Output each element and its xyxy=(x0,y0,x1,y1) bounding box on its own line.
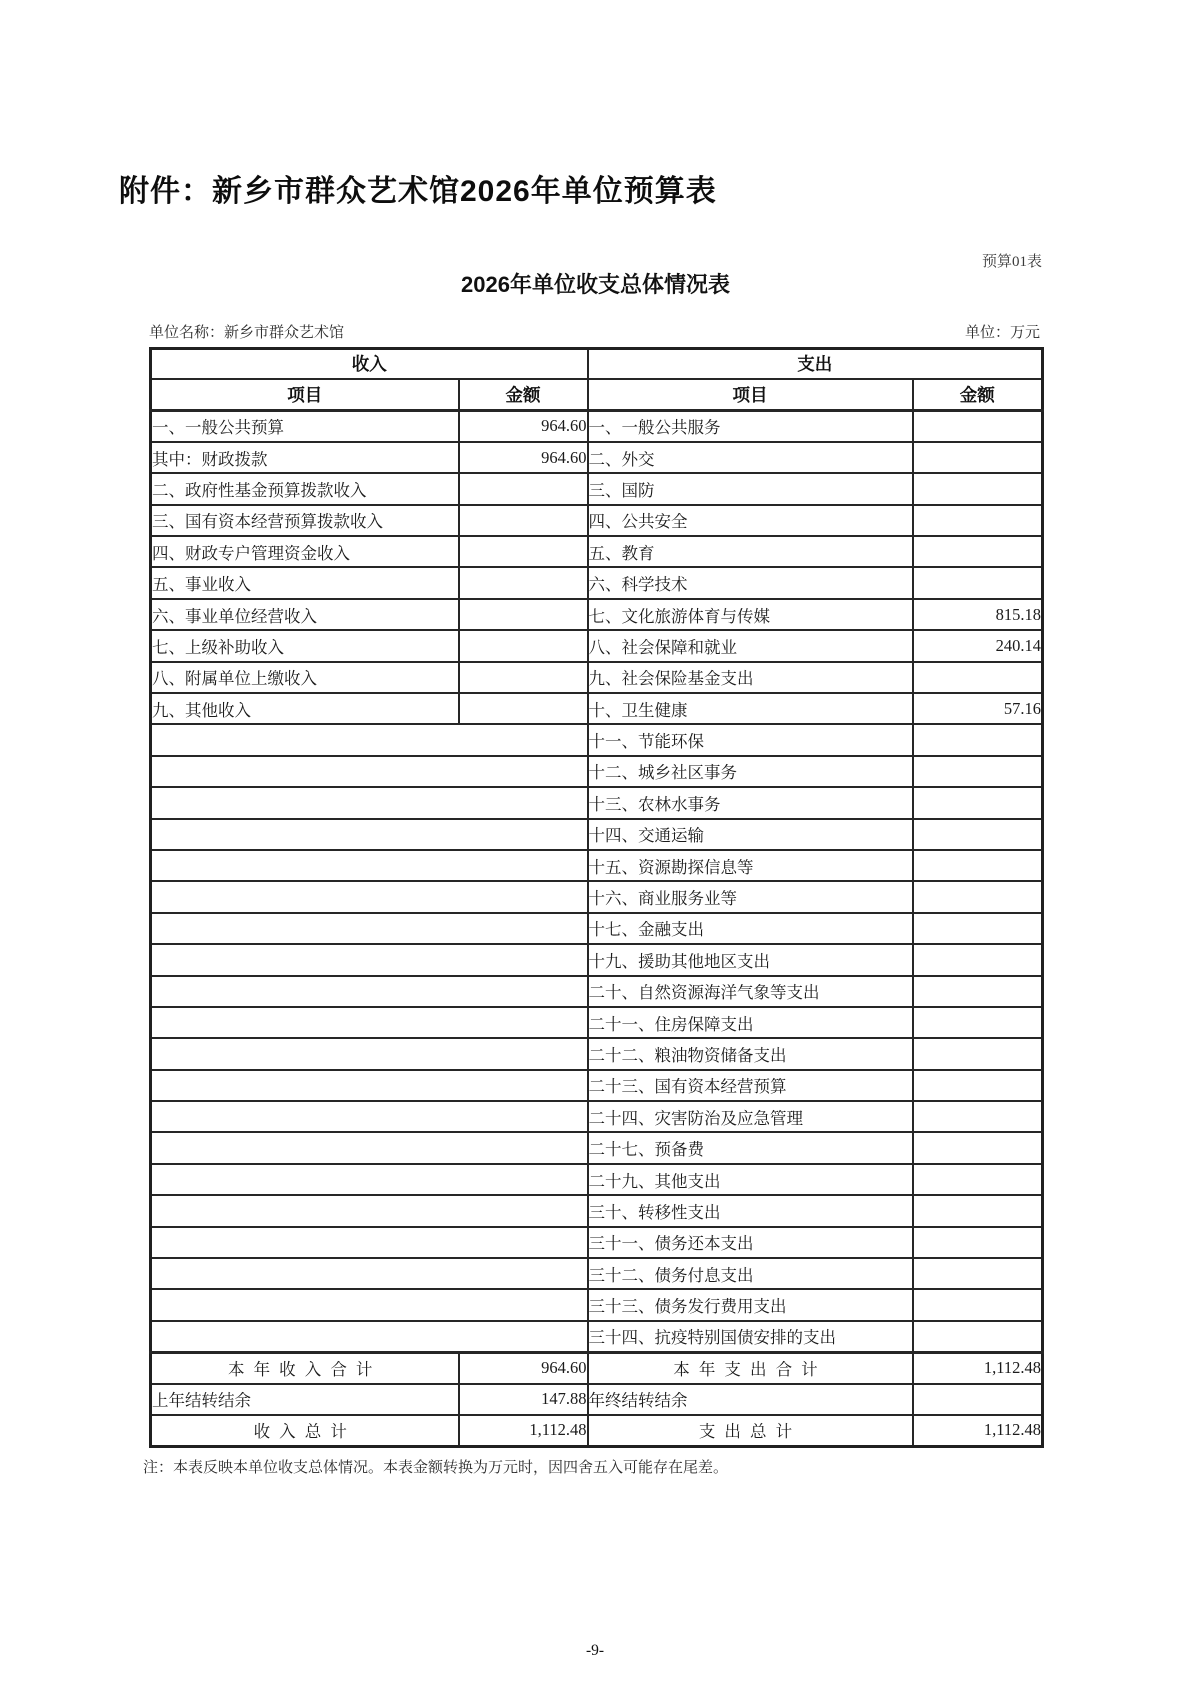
expense-amount-cell xyxy=(913,536,1043,567)
table-row: 三十三、债务发行费用支出 xyxy=(151,1289,1043,1320)
income-empty-cell xyxy=(151,724,588,755)
expense-item-cell: 三十四、抗疫特别国债安排的支出 xyxy=(588,1321,913,1352)
expense-amount-column-header: 金额 xyxy=(913,379,1043,411)
table-row: 十二、城乡社区事务 xyxy=(151,756,1043,787)
income-amount-cell xyxy=(459,693,588,724)
income-empty-cell xyxy=(151,1321,588,1352)
income-empty-cell xyxy=(151,1070,588,1101)
income-empty-cell xyxy=(151,1289,588,1320)
table-row: 十一、节能环保 xyxy=(151,724,1043,755)
expense-amount-cell xyxy=(913,1195,1043,1226)
table-row: 二十二、粮油物资储备支出 xyxy=(151,1038,1043,1069)
expense-item-cell: 九、社会保险基金支出 xyxy=(588,662,913,693)
income-item-cell: 三、国有资本经营预算拨款收入 xyxy=(151,505,459,536)
expense-amount-cell xyxy=(913,1321,1043,1352)
income-empty-cell xyxy=(151,1258,588,1289)
table-row: 六、事业单位经营收入七、文化旅游体育与传媒815.18 xyxy=(151,599,1043,630)
expense-amount-cell xyxy=(913,662,1043,693)
expense-item-cell: 二十四、灾害防治及应急管理 xyxy=(588,1101,913,1132)
table-row: 二十七、预备费 xyxy=(151,1132,1043,1163)
expense-amount-cell xyxy=(913,1132,1043,1163)
table-row: 二、政府性基金预算拨款收入三、国防 xyxy=(151,473,1043,504)
expense-item-cell: 十二、城乡社区事务 xyxy=(588,756,913,787)
attachment-title: 附件：新乡市群众艺术馆2026年单位预算表 xyxy=(119,166,717,210)
expense-item-cell: 十七、金融支出 xyxy=(588,913,913,944)
expense-amount-cell xyxy=(913,1101,1043,1132)
table-row: 十五、资源勘探信息等 xyxy=(151,850,1043,881)
expense-section-header: 支出 xyxy=(588,349,1043,379)
table-row: 七、上级补助收入八、社会保障和就业240.14 xyxy=(151,630,1043,661)
expense-amount-cell xyxy=(913,850,1043,881)
income-empty-cell xyxy=(151,1227,588,1258)
income-amount-cell xyxy=(459,630,588,661)
expense-item-cell: 二十九、其他支出 xyxy=(588,1164,913,1195)
expense-total-label-cell: 支出总计 xyxy=(588,1415,913,1446)
expense-amount-cell: 240.14 xyxy=(913,630,1043,661)
income-amount-cell xyxy=(459,536,588,567)
expense-amount-cell xyxy=(913,881,1043,912)
expense-item-cell: 八、社会保障和就业 xyxy=(588,630,913,661)
expense-amount-cell xyxy=(913,944,1043,975)
income-item-cell: 九、其他收入 xyxy=(151,693,459,724)
table-total-row: 本年收入合计964.60本年支出合计1,112.48 xyxy=(151,1352,1043,1383)
expense-amount-cell xyxy=(913,473,1043,504)
expense-item-cell: 十一、节能环保 xyxy=(588,724,913,755)
expense-item-cell: 十三、农林水事务 xyxy=(588,787,913,818)
table-row: 三十二、债务付息支出 xyxy=(151,1258,1043,1289)
expense-amount-cell xyxy=(913,819,1043,850)
table-title: 2026年单位收支总体情况表 xyxy=(149,268,1042,299)
expense-item-cell: 二十三、国有资本经营预算 xyxy=(588,1070,913,1101)
expense-amount-cell xyxy=(913,505,1043,536)
table-row: 二十一、住房保障支出 xyxy=(151,1007,1043,1038)
income-empty-cell xyxy=(151,850,588,881)
expense-item-cell: 四、公共安全 xyxy=(588,505,913,536)
expense-amount-cell xyxy=(913,976,1043,1007)
income-empty-cell xyxy=(151,944,588,975)
income-total-amount-cell: 964.60 xyxy=(459,1352,588,1383)
unit-currency-label: 单位：万元 xyxy=(965,321,1040,342)
table-row: 十六、商业服务业等 xyxy=(151,881,1043,912)
income-amount-cell: 964.60 xyxy=(459,411,588,442)
income-empty-cell xyxy=(151,1132,588,1163)
expense-item-cell: 二十、自然资源海洋气象等支出 xyxy=(588,976,913,1007)
income-empty-cell xyxy=(151,1164,588,1195)
income-item-cell: 五、事业收入 xyxy=(151,567,459,598)
column-header-row: 项目 金额 项目 金额 xyxy=(151,379,1043,411)
table-row: 三十一、债务还本支出 xyxy=(151,1227,1043,1258)
table-row: 九、其他收入十、卫生健康57.16 xyxy=(151,693,1043,724)
table-row: 三十四、抗疫特别国债安排的支出 xyxy=(151,1321,1043,1352)
income-amount-cell xyxy=(459,473,588,504)
expense-item-cell: 三十二、债务付息支出 xyxy=(588,1258,913,1289)
expense-amount-cell xyxy=(913,1070,1043,1101)
income-empty-cell xyxy=(151,1038,588,1069)
table-row: 三十、转移性支出 xyxy=(151,1195,1043,1226)
table-row: 三、国有资本经营预算拨款收入四、公共安全 xyxy=(151,505,1043,536)
table-row: 十九、援助其他地区支出 xyxy=(151,944,1043,975)
income-total-label-cell: 收入总计 xyxy=(151,1415,459,1446)
expense-item-cell: 二十七、预备费 xyxy=(588,1132,913,1163)
budget-summary-table: 收入 支出 项目 金额 项目 金额 一、一般公共预算964.60一、一般公共服务… xyxy=(149,347,1044,1448)
table-row: 二十三、国有资本经营预算 xyxy=(151,1070,1043,1101)
table-row: 其中：财政拨款964.60二、外交 xyxy=(151,442,1043,473)
income-item-cell: 二、政府性基金预算拨款收入 xyxy=(151,473,459,504)
expense-item-cell: 二十一、住房保障支出 xyxy=(588,1007,913,1038)
expense-item-cell: 三十三、债务发行费用支出 xyxy=(588,1289,913,1320)
expense-total-amount-cell: 1,112.48 xyxy=(913,1415,1043,1446)
expense-item-cell: 三、国防 xyxy=(588,473,913,504)
table-row: 二十、自然资源海洋气象等支出 xyxy=(151,976,1043,1007)
expense-item-cell: 十四、交通运输 xyxy=(588,819,913,850)
expense-amount-cell xyxy=(913,1164,1043,1195)
expense-item-cell: 十九、援助其他地区支出 xyxy=(588,944,913,975)
expense-amount-cell xyxy=(913,1007,1043,1038)
expense-item-cell: 六、科学技术 xyxy=(588,567,913,598)
expense-amount-cell xyxy=(913,1258,1043,1289)
table-row: 五、事业收入六、科学技术 xyxy=(151,567,1043,598)
income-amount-cell: 964.60 xyxy=(459,442,588,473)
income-item-cell: 八、附属单位上缴收入 xyxy=(151,662,459,693)
table-row: 二十九、其他支出 xyxy=(151,1164,1043,1195)
table-note: 注：本表反映本单位收支总体情况。本表金额转换为万元时，因四舍五入可能存在尾差。 xyxy=(143,1456,1043,1477)
income-total-amount-cell: 1,112.48 xyxy=(459,1415,588,1446)
expense-amount-cell xyxy=(913,913,1043,944)
expense-amount-cell xyxy=(913,567,1043,598)
income-item-cell: 一、一般公共预算 xyxy=(151,411,459,442)
expense-total-amount-cell: 1,112.48 xyxy=(913,1352,1043,1383)
income-item-column-header: 项目 xyxy=(151,379,459,411)
expense-item-cell: 二十二、粮油物资储备支出 xyxy=(588,1038,913,1069)
expense-item-cell: 三十一、债务还本支出 xyxy=(588,1227,913,1258)
income-total-label-cell: 上年结转结余 xyxy=(151,1384,459,1415)
income-item-cell: 七、上级补助收入 xyxy=(151,630,459,661)
table-row: 十七、金融支出 xyxy=(151,913,1043,944)
expense-item-cell: 十五、资源勘探信息等 xyxy=(588,850,913,881)
table-row: 四、财政专户管理资金收入五、教育 xyxy=(151,536,1043,567)
income-empty-cell xyxy=(151,913,588,944)
expense-amount-cell: 815.18 xyxy=(913,599,1043,630)
income-amount-cell xyxy=(459,567,588,598)
expense-item-column-header: 项目 xyxy=(588,379,913,411)
income-empty-cell xyxy=(151,881,588,912)
income-empty-cell xyxy=(151,756,588,787)
expense-item-cell: 五、教育 xyxy=(588,536,913,567)
table-row: 八、附属单位上缴收入九、社会保险基金支出 xyxy=(151,662,1043,693)
income-amount-cell xyxy=(459,505,588,536)
expense-total-label-cell: 本年支出合计 xyxy=(588,1352,913,1383)
expense-amount-cell xyxy=(913,1038,1043,1069)
table-row: 十四、交通运输 xyxy=(151,819,1043,850)
income-empty-cell xyxy=(151,1007,588,1038)
expense-item-cell: 十、卫生健康 xyxy=(588,693,913,724)
income-empty-cell xyxy=(151,1101,588,1132)
income-amount-column-header: 金额 xyxy=(459,379,588,411)
expense-item-cell: 七、文化旅游体育与传媒 xyxy=(588,599,913,630)
page-number: -9- xyxy=(0,1642,1190,1660)
table-row: 一、一般公共预算964.60一、一般公共服务 xyxy=(151,411,1043,442)
expense-amount-cell xyxy=(913,756,1043,787)
expense-item-cell: 三十、转移性支出 xyxy=(588,1195,913,1226)
income-empty-cell xyxy=(151,787,588,818)
income-item-cell: 六、事业单位经营收入 xyxy=(151,599,459,630)
income-empty-cell xyxy=(151,819,588,850)
expense-amount-cell: 57.16 xyxy=(913,693,1043,724)
income-total-label-cell: 本年收入合计 xyxy=(151,1352,459,1383)
table-row: 十三、农林水事务 xyxy=(151,787,1043,818)
income-item-cell: 四、财政专户管理资金收入 xyxy=(151,536,459,567)
document-page: 附件：新乡市群众艺术馆2026年单位预算表 预算01表 2026年单位收支总体情… xyxy=(0,0,1190,1684)
expense-amount-cell xyxy=(913,1227,1043,1258)
income-amount-cell xyxy=(459,662,588,693)
table-total-row: 上年结转结余147.88年终结转结余 xyxy=(151,1384,1043,1415)
income-total-amount-cell: 147.88 xyxy=(459,1384,588,1415)
expense-total-label-cell: 年终结转结余 xyxy=(588,1384,913,1415)
expense-amount-cell xyxy=(913,787,1043,818)
expense-amount-cell xyxy=(913,442,1043,473)
expense-item-cell: 十六、商业服务业等 xyxy=(588,881,913,912)
expense-amount-cell xyxy=(913,724,1043,755)
income-item-cell: 其中：财政拨款 xyxy=(151,442,459,473)
expense-item-cell: 二、外交 xyxy=(588,442,913,473)
unit-name-label: 单位名称：新乡市群众艺术馆 xyxy=(149,321,344,342)
table-total-row: 收入总计1,112.48支出总计1,112.48 xyxy=(151,1415,1043,1446)
expense-item-cell: 一、一般公共服务 xyxy=(588,411,913,442)
income-empty-cell xyxy=(151,976,588,1007)
table-body: 一、一般公共预算964.60一、一般公共服务其中：财政拨款964.60二、外交二… xyxy=(151,411,1043,1447)
expense-amount-cell xyxy=(913,1289,1043,1320)
income-amount-cell xyxy=(459,599,588,630)
section-header-row: 收入 支出 xyxy=(151,349,1043,379)
income-section-header: 收入 xyxy=(151,349,588,379)
expense-total-amount-cell xyxy=(913,1384,1043,1415)
income-empty-cell xyxy=(151,1195,588,1226)
expense-amount-cell xyxy=(913,411,1043,442)
table-row: 二十四、灾害防治及应急管理 xyxy=(151,1101,1043,1132)
